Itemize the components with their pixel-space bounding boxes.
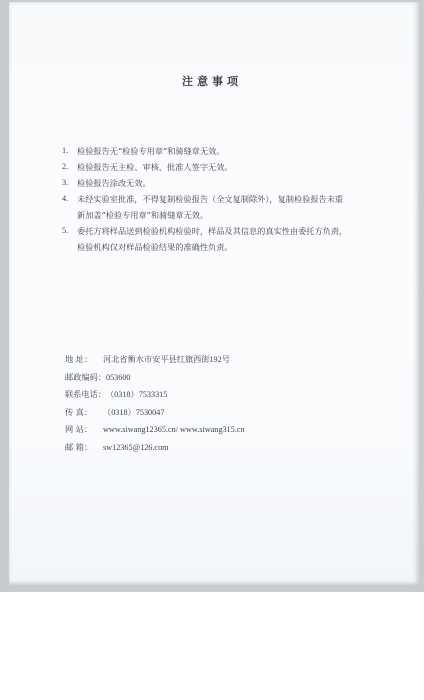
- email-row: 邮 箱：sw12365@126.com: [65, 439, 245, 457]
- note-text: 检验报告无主检、审核、批准人签字无效。: [77, 159, 233, 175]
- postcode-value: 053600: [106, 373, 131, 382]
- note-number: 4.: [62, 191, 77, 223]
- note-text: 检验报告无“检验专用章”和骑缝章无效。: [77, 143, 225, 159]
- note-text-line: 检验机构仅对样品检验结果的准确性负责。: [77, 239, 347, 255]
- scanned-page: [9, 2, 419, 585]
- fax-label: 传 真：: [65, 404, 103, 421]
- note-item: 4. 未经实验室批准，不得复制检验报告（全文复制除外），复制检验报告未重 新加盖…: [62, 191, 347, 223]
- note-number: 5.: [62, 223, 77, 255]
- note-text: 委托方将样品送到检验机构检验时，样品及其信息的真实性由委托方负责， 检验机构仅对…: [77, 223, 347, 255]
- email-value: sw12365@126.com: [103, 443, 169, 452]
- note-text: 检验报告涂改无效。: [77, 175, 151, 191]
- website-label: 网 站：: [65, 421, 103, 438]
- phone-row: 联系电话：（0318）7533315: [65, 386, 245, 404]
- note-number: 1.: [62, 143, 77, 159]
- note-text-line: 委托方将样品送到检验机构检验时，样品及其信息的真实性由委托方负责，: [77, 223, 347, 239]
- phone-label: 联系电话：: [65, 386, 106, 403]
- address-row: 地 址：河北省衡水市安平县红旗西街192号: [65, 351, 245, 369]
- fax-value: （0318）7530047: [103, 408, 164, 417]
- email-label: 邮 箱：: [65, 439, 103, 456]
- note-text-line: 新加盖“检验专用章”和骑缝章无效。: [77, 207, 343, 223]
- note-item: 2. 检验报告无主检、审核、批准人签字无效。: [62, 159, 347, 175]
- address-label: 地 址：: [65, 351, 103, 368]
- postcode-label: 邮政编码：: [65, 369, 106, 386]
- website-row: 网 站：www.siwang12365.cn/ www.siwang315.cn: [65, 421, 245, 439]
- note-item: 3. 检验报告涂改无效。: [62, 175, 347, 191]
- note-number: 3.: [62, 175, 77, 191]
- note-text: 未经实验室批准，不得复制检验报告（全文复制除外），复制检验报告未重 新加盖“检验…: [77, 191, 343, 223]
- note-item: 5. 委托方将样品送到检验机构检验时，样品及其信息的真实性由委托方负责， 检验机…: [62, 223, 347, 255]
- contact-info: 地 址：河北省衡水市安平县红旗西街192号 邮政编码：053600 联系电话：（…: [65, 351, 245, 456]
- note-number: 2.: [62, 159, 77, 175]
- note-item: 1. 检验报告无“检验专用章”和骑缝章无效。: [62, 143, 347, 159]
- phone-value: （0318）7533315: [106, 390, 167, 399]
- note-text-line: 未经实验室批准，不得复制检验报告（全文复制除外），复制检验报告未重: [77, 191, 343, 207]
- fax-row: 传 真：（0318）7530047: [65, 404, 245, 422]
- website-value: www.siwang12365.cn/ www.siwang315.cn: [103, 425, 245, 434]
- postcode-row: 邮政编码：053600: [65, 369, 245, 387]
- document-title: 注意事项: [0, 73, 424, 89]
- notes-list: 1. 检验报告无“检验专用章”和骑缝章无效。 2. 检验报告无主检、审核、批准人…: [62, 143, 347, 255]
- address-value: 河北省衡水市安平县红旗西街192号: [103, 355, 230, 364]
